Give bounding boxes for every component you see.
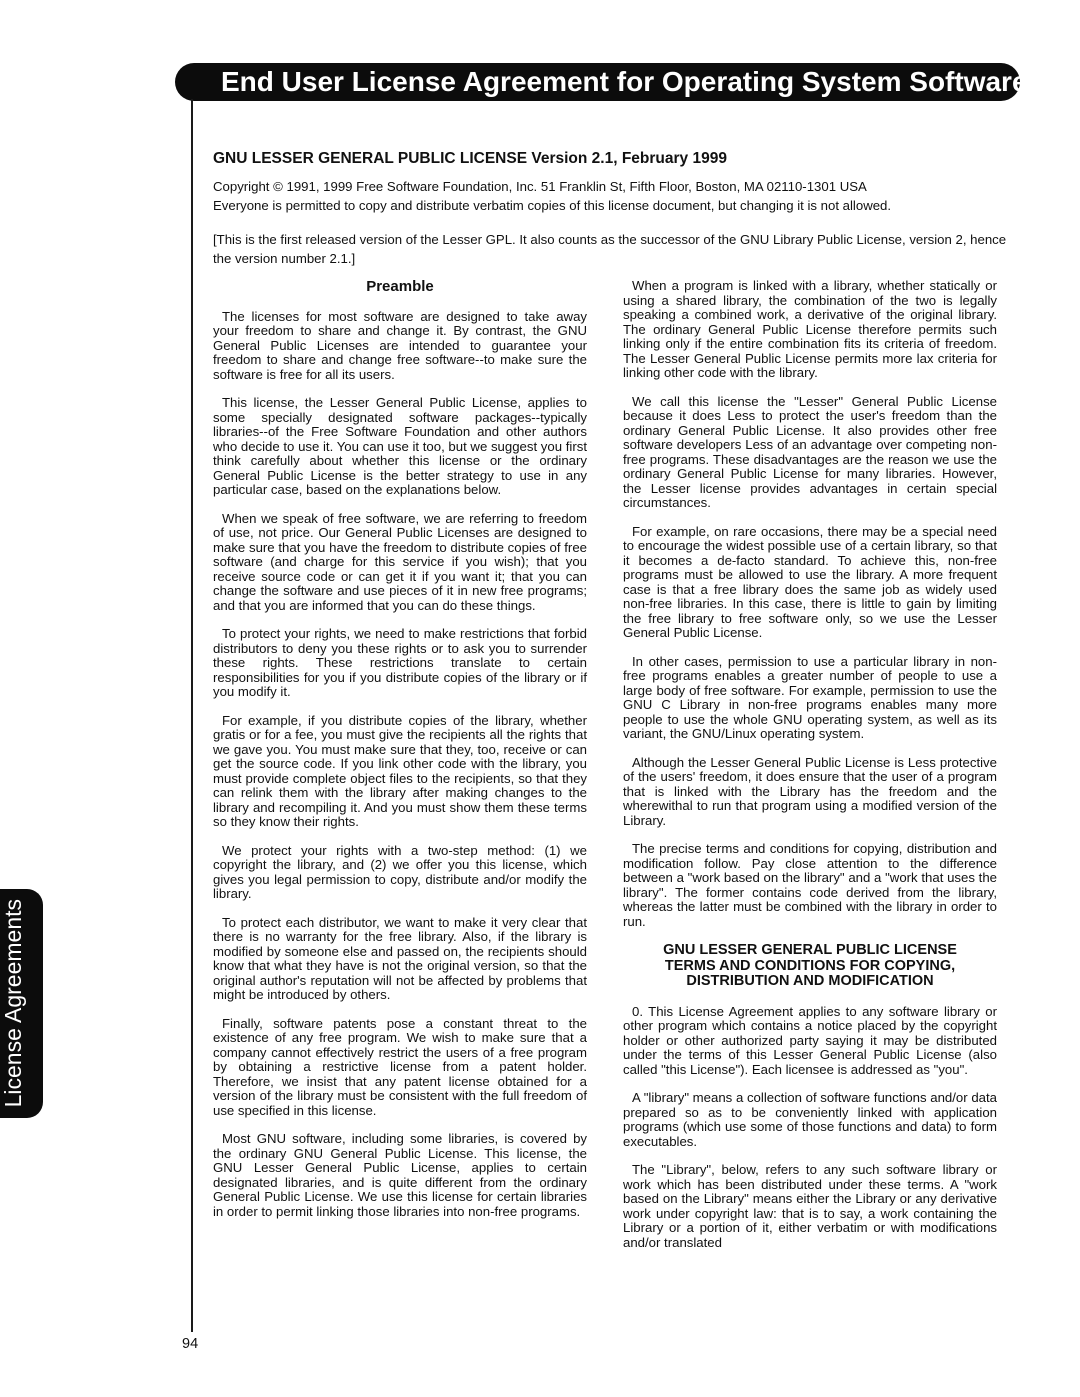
left-paragraph: This license, the Lesser General Public … [213, 396, 587, 498]
left-paragraph: When we speak of free software, we are r… [213, 512, 587, 614]
left-paragraph: For example, if you distribute copies of… [213, 714, 587, 830]
two-column-body: Preamble The licenses for most software … [213, 279, 997, 1264]
terms-heading: GNU LESSER GENERAL PUBLIC LICENSE TERMS … [623, 943, 997, 990]
banner-mark-icon [1041, 69, 1042, 96]
terms-heading-line-2: TERMS AND CONDITIONS FOR COPYING, [623, 959, 997, 975]
right-paragraph: The "Library", below, refers to any such… [623, 1163, 997, 1250]
right-paragraph: A "library" means a collection of softwa… [623, 1091, 997, 1149]
left-paragraph: Finally, software patents pose a constan… [213, 1017, 587, 1119]
page-number: 94 [182, 1336, 198, 1352]
license-title: GNU LESSER GENERAL PUBLIC LICENSE Versio… [213, 150, 1013, 168]
right-paragraph: In other cases, permission to use a part… [623, 655, 997, 742]
preamble-heading: Preamble [213, 280, 587, 295]
left-paragraph: The licenses for most software are desig… [213, 310, 587, 383]
right-paragraph: Although the Lesser General Public Licen… [623, 756, 997, 829]
right-paragraph: We call this license the "Lesser" Genera… [623, 395, 997, 511]
right-paragraph: 0. This License Agreement applies to any… [623, 1005, 997, 1078]
version-note: [This is the first released version of t… [213, 231, 1013, 268]
left-paragraph: To protect your rights, we need to make … [213, 627, 587, 700]
page-banner-title: End User License Agreement for Operating… [221, 63, 1028, 101]
sidebar-tab-license-agreements: License Agreements [0, 889, 43, 1118]
right-paragraph: The precise terms and conditions for cop… [623, 842, 997, 929]
page-banner: End User License Agreement for Operating… [175, 63, 1020, 101]
copyright-block: Copyright © 1991, 1999 Free Software Fou… [213, 178, 1023, 215]
left-rule [191, 99, 193, 1332]
left-paragraph: We protect your rights with a two-step m… [213, 844, 587, 902]
terms-heading-line-1: GNU LESSER GENERAL PUBLIC LICENSE [623, 943, 997, 959]
copyright-line-2: Everyone is permitted to copy and distri… [213, 197, 1023, 216]
right-column: When a program is linked with a library,… [623, 279, 997, 1264]
right-paragraph: When a program is linked with a library,… [623, 279, 997, 381]
terms-heading-line-3: DISTRIBUTION AND MODIFICATION [623, 974, 997, 990]
left-paragraph: To protect each distributor, we want to … [213, 916, 587, 1003]
copyright-line-1: Copyright © 1991, 1999 Free Software Fou… [213, 178, 1023, 197]
right-paragraph: For example, on rare occasions, there ma… [623, 525, 997, 641]
left-column: Preamble The licenses for most software … [213, 279, 587, 1264]
sidebar-tab-label: License Agreements [0, 899, 29, 1107]
left-paragraph: Most GNU software, including some librar… [213, 1132, 587, 1219]
